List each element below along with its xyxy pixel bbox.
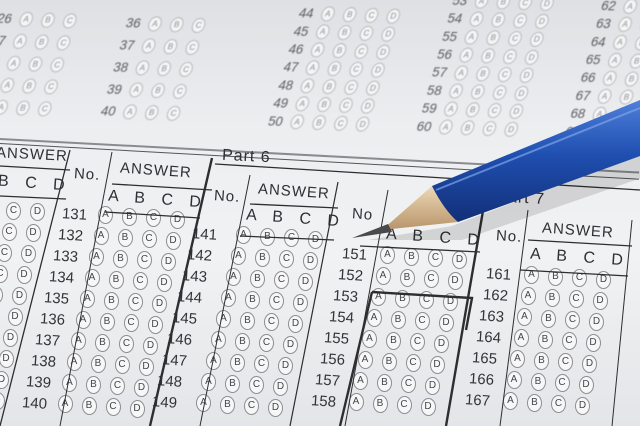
lower-answer-section: Part 6 art 7 ANSWER B C D No. ANSWER A B…	[0, 0, 640, 426]
answer-sheet-photo: 26ABC27ABC28ABC29ABC30ABC36ABC37ABC38ABC…	[0, 0, 640, 426]
grid-lines	[0, 0, 640, 426]
